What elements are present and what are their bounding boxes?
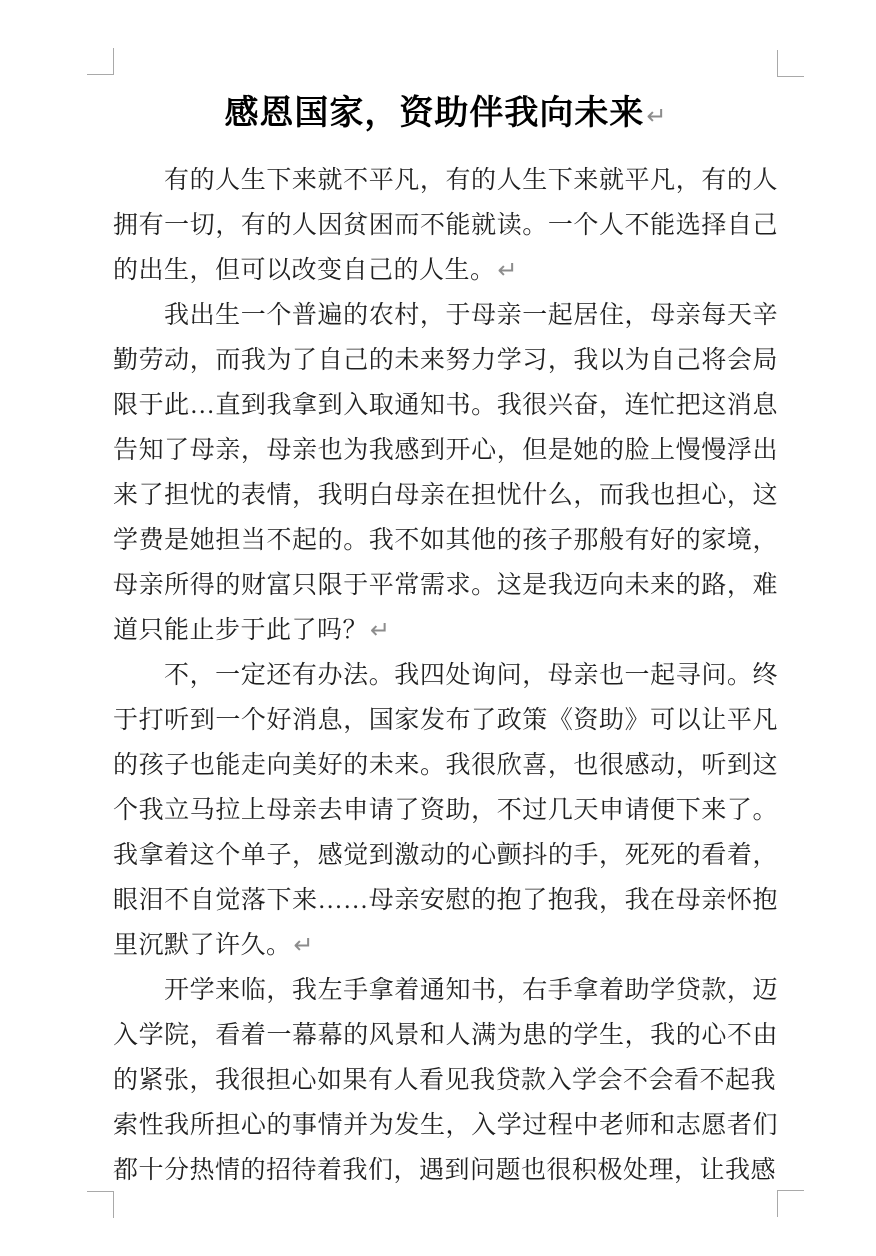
text-line[interactable]: 我拿着这个单子，感觉到激动的心颤抖的手，死死的看着，: [113, 833, 778, 878]
document-body[interactable]: 有的人生下来就不平凡，有的人生下来就平凡，有的人拥有一切，有的人因贫困而不能就读…: [113, 158, 778, 1193]
text-line[interactable]: 限于此…直到我拿到入取通知书。我很兴奋，连忙把这消息: [113, 383, 778, 428]
text-line[interactable]: 道只能止步于此了吗？↵: [113, 608, 778, 653]
document-page: 感恩国家，资助伴我向未来↵ 有的人生下来就不平凡，有的人生下来就平凡，有的人拥有…: [0, 0, 876, 1256]
text-line[interactable]: 开学来临，我左手拿着通知书，右手拿着助学贷款，迈: [113, 968, 778, 1013]
paragraph-mark-icon: ↵: [496, 256, 518, 284]
text-line[interactable]: 的出生，但可以改变自己的人生。↵: [113, 248, 778, 293]
text-line[interactable]: 母亲所得的财富只限于平常需求。这是我迈向未来的路，难: [113, 563, 778, 608]
text-line[interactable]: 的紧张，我很担心如果有人看见我贷款入学会不会看不起我，: [113, 1058, 778, 1103]
paragraph-mark-icon: ↵: [644, 102, 666, 130]
text-line[interactable]: 我出生一个普遍的农村，于母亲一起居住，母亲每天辛: [113, 293, 778, 338]
document-title[interactable]: 感恩国家，资助伴我向未来: [224, 95, 644, 132]
text-line[interactable]: 都十分热情的招待着我们，遇到问题也很积极处理，让我感: [113, 1148, 778, 1193]
margin-corner-top-right-icon: [777, 50, 804, 77]
text-line[interactable]: 里沉默了许久。↵: [113, 923, 778, 968]
document-title-row: 感恩国家，资助伴我向未来↵: [113, 88, 778, 140]
text-line[interactable]: 索性我所担心的事情并为发生，入学过程中老师和志愿者们: [113, 1103, 778, 1148]
text-line[interactable]: 拥有一切，有的人因贫困而不能就读。一个人不能选择自己: [113, 203, 778, 248]
text-line[interactable]: 来了担忧的表情，我明白母亲在担忧什么，而我也担心，这: [113, 473, 778, 518]
text-line[interactable]: 不，一定还有办法。我四处询问，母亲也一起寻问。终: [113, 653, 778, 698]
text-line[interactable]: 有的人生下来就不平凡，有的人生下来就平凡，有的人: [113, 158, 778, 203]
paragraph-mark-icon: ↵: [368, 616, 390, 644]
margin-corner-bottom-left-icon: [87, 1191, 114, 1218]
text-line[interactable]: 眼泪不自觉落下来……母亲安慰的抱了抱我，我在母亲怀抱: [113, 878, 778, 923]
text-line[interactable]: 告知了母亲，母亲也为我感到开心，但是她的脸上慢慢浮出: [113, 428, 778, 473]
paragraph-mark-icon: ↵: [292, 931, 314, 959]
text-line[interactable]: 学费是她担当不起的。我不如其他的孩子那般有好的家境，: [113, 518, 778, 563]
text-line[interactable]: 勤劳动，而我为了自己的未来努力学习，我以为自己将会局: [113, 338, 778, 383]
text-line[interactable]: 于打听到一个好消息，国家发布了政策《资助》可以让平凡: [113, 698, 778, 743]
margin-corner-top-left-icon: [87, 48, 114, 75]
margin-corner-bottom-right-icon: [777, 1190, 804, 1217]
text-line[interactable]: 个我立马拉上母亲去申请了资助，不过几天申请便下来了。: [113, 788, 778, 833]
text-line[interactable]: 的孩子也能走向美好的未来。我很欣喜，也很感动，听到这: [113, 743, 778, 788]
text-line[interactable]: 入学院，看着一幕幕的风景和人满为患的学生，我的心不由: [113, 1013, 778, 1058]
